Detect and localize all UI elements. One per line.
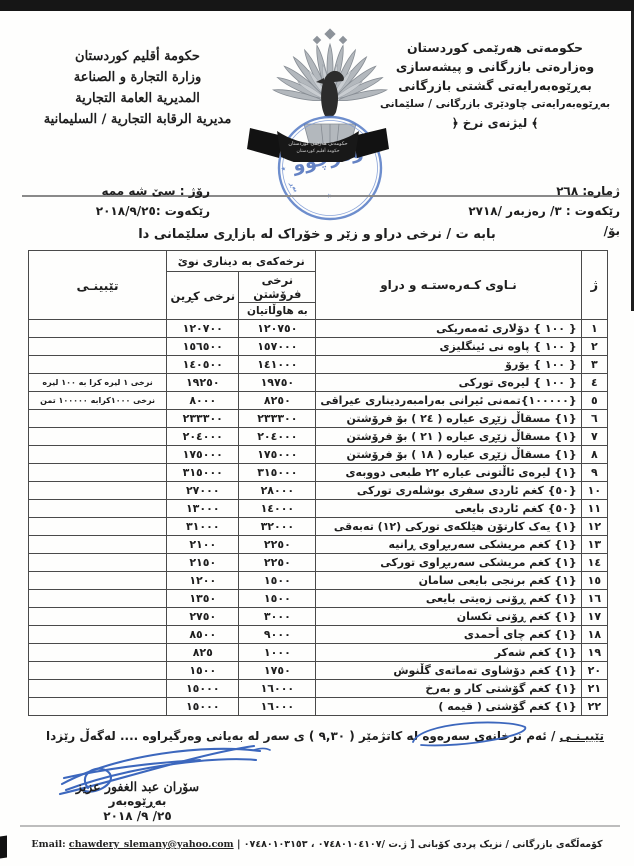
sell-price: ٢٣٣٣٠٠ bbox=[239, 410, 316, 428]
sell-price: ٢٨٠٠٠ bbox=[239, 482, 316, 500]
row-note bbox=[29, 518, 167, 536]
buy-price: ١٢٠٠ bbox=[167, 572, 239, 590]
item-name: {١} یەک كارتۆن هێلكەى توركى (١٢) تەبەقى bbox=[316, 518, 581, 536]
buy-price: ٣١٠٠٠ bbox=[167, 518, 239, 536]
buy-price: ١٢٠٧٠٠ bbox=[167, 320, 239, 338]
table-row: ١٨ {١} كغم چاى أحمدى ٩٠٠٠ ٨٥٠٠ bbox=[29, 626, 608, 644]
row-note bbox=[29, 338, 167, 356]
table-row: ٢٠ {١} كغم دۆشاوى تەماتەى گڵنوش ١٧٥٠ ١٥٠… bbox=[29, 662, 608, 680]
item-name: {١} كغم ڕۆنى تكسان bbox=[316, 608, 581, 626]
col-header-no: ژ bbox=[581, 251, 607, 320]
gregorian-date: رێكەوت :٢٠١٨/٩/٢٥ bbox=[30, 201, 210, 221]
row-number: ١ bbox=[581, 320, 607, 338]
table-row: ٢١ {١} كغم گۆشتى كار و بەرخ ١٦٠٠٠ ١٥٠٠٠ bbox=[29, 680, 608, 698]
table-row: ٦ {١} مسقاڵ زێڕى عیاره ( ٢٤ ) بۆ فرۆشتن … bbox=[29, 410, 608, 428]
header-arabic-line: وزارة التجارة و الصناعة bbox=[20, 67, 255, 88]
director-name: سۆران عبد الغفور عزیز bbox=[55, 779, 220, 794]
table-row: ١٩ {١} كغم شەكر ١٠٠٠ ٨٢٥ bbox=[29, 644, 608, 662]
sell-price: ١٠٠٠ bbox=[239, 644, 316, 662]
table-row: ٢ { ١٠٠ } پاوە نى ئینگلیزى ١٥٧٠٠٠ ١٥٦٥٠٠ bbox=[29, 338, 608, 356]
row-number: ٧ bbox=[581, 428, 607, 446]
row-note bbox=[29, 500, 167, 518]
row-note bbox=[29, 464, 167, 482]
row-number: ١٥ bbox=[581, 572, 607, 590]
sell-price: ١٤٠٠٠ bbox=[239, 500, 316, 518]
row-note bbox=[29, 320, 167, 338]
buy-price: ٢١٠٠ bbox=[167, 536, 239, 554]
row-note bbox=[29, 590, 167, 608]
row-note bbox=[29, 536, 167, 554]
director-title: بەڕێوەبەر bbox=[55, 794, 220, 809]
item-name: {١} كغم دۆشاوى تەماتەى گڵنوش bbox=[316, 662, 581, 680]
item-name: {١} كغم ڕۆنى زەیتى بایعى bbox=[316, 590, 581, 608]
sell-price: ٢٢٥٠ bbox=[239, 536, 316, 554]
row-note bbox=[29, 410, 167, 428]
table-row: ٥ {١٠٠٠٠٠}تمەنى ئیرانى بەرامبەردینارى عی… bbox=[29, 392, 608, 410]
footer-divider bbox=[20, 825, 620, 827]
buy-price: ٢٧٥٠ bbox=[167, 608, 239, 626]
col-header-sell-subtitle: به هاوڵاتیان bbox=[239, 303, 316, 320]
row-number: ٢ bbox=[581, 338, 607, 356]
row-number: ٢٠ bbox=[581, 662, 607, 680]
row-note: نرخى ١ لیره كرا به ١٠٠ لیره bbox=[29, 374, 167, 392]
row-note bbox=[29, 662, 167, 680]
row-note bbox=[29, 572, 167, 590]
row-number: ٢١ bbox=[581, 680, 607, 698]
price-table: ژ نـاوى كـەرەستـه و دراو نرخەكەى به دینا… bbox=[28, 250, 608, 716]
footer-phones: [ ژ.ت /٠٧٤٨٠١٠٤١٠٧ ، ٠٧٤٨٠١٠٣١٥٣ | bbox=[237, 839, 415, 850]
sell-price: ١٤١٠٠٠ bbox=[239, 356, 316, 374]
item-name: {١} كغم برنجى بایعى سامان bbox=[316, 572, 581, 590]
banner-text-line1: حكومەتى هەرێمى كوردستان bbox=[288, 141, 347, 147]
buy-price: ١٥٠٠٠ bbox=[167, 680, 239, 698]
signature-flourish bbox=[403, 716, 535, 750]
table-row: ١٢ {١} یەک كارتۆن هێلكەى توركى (١٢) تەبە… bbox=[29, 518, 608, 536]
row-number: ١٧ bbox=[581, 608, 607, 626]
sell-price: ١٧٥٠٠٠ bbox=[239, 446, 316, 464]
buy-price: ١٣٠٠٠ bbox=[167, 500, 239, 518]
footer-location: كۆمەڵگەى بازرگانى / نزیک پردى كۆبانى bbox=[418, 839, 603, 850]
sell-price: ١٦٠٠٠ bbox=[239, 680, 316, 698]
emblem-banner: حكومەتى هەرێمى كوردستان حكومة أقليم كورد… bbox=[247, 124, 389, 162]
item-name: {١} مسقاڵ زێڕى عیاره ( ٢٤ ) بۆ فرۆشتن bbox=[316, 410, 581, 428]
item-name: {٥٠} كغم ئاردى سفرى بوشلەرى توركى bbox=[316, 482, 581, 500]
row-note bbox=[29, 698, 167, 716]
table-row: ١٤ {١} كغم مریشكى سەربڕاوى توركى ٢٢٥٠ ٢١… bbox=[29, 554, 608, 572]
item-name: {١} مسقاڵ زێڕى عیاره ( ١٨ ) بۆ فرۆشتن bbox=[316, 446, 581, 464]
table-row: ٢٢ {١} كغم گۆشتى ( قیمه ) ١٦٠٠٠ ١٥٠٠٠ bbox=[29, 698, 608, 716]
scanned-price-list-document: حكومەتى هەرێمى كوردستان وەزارەتى بازرگان… bbox=[0, 0, 634, 866]
sell-price: ٣٢٠٠٠ bbox=[239, 518, 316, 536]
table-row: ٤ { ١٠٠ } لیرەى توركى ١٩٧٥٠ ١٩٢٥٠ نرخى ١… bbox=[29, 374, 608, 392]
table-row: ٩ {١} لیرەى ئاڵتونى عیاره ٢٢ طبعى دووبەى… bbox=[29, 464, 608, 482]
footer: كۆمەڵگەى بازرگانى / نزیک پردى كۆبانى [ ژ… bbox=[0, 839, 634, 850]
item-name: {٥٠} كغم ئاردى بایعى bbox=[316, 500, 581, 518]
row-number: ٦ bbox=[581, 410, 607, 428]
scan-top-edge bbox=[0, 0, 634, 11]
row-number: ١٠ bbox=[581, 482, 607, 500]
table-row: ٧ {١} مسقاڵ زێڕى عیاره ( ٢١ ) بۆ فرۆشتن … bbox=[29, 428, 608, 446]
sell-price: ٨٢٥٠ bbox=[239, 392, 316, 410]
row-note bbox=[29, 356, 167, 374]
buy-price: ٢٠٤٠٠٠ bbox=[167, 428, 239, 446]
row-note bbox=[29, 680, 167, 698]
row-number: ٢٢ bbox=[581, 698, 607, 716]
sell-price: ٢٢٥٠ bbox=[239, 554, 316, 572]
page-title: بابه ت / نرخى دراو و زێر و خۆراک له بازا… bbox=[0, 227, 634, 242]
item-name: { ١٠٠ } یۆرۆ bbox=[316, 356, 581, 374]
table-row: ١٦ {١} كغم ڕۆنى زەیتى بایعى ١٥٠٠ ١٣٥٠ bbox=[29, 590, 608, 608]
email-label: Email: bbox=[31, 839, 65, 850]
row-note bbox=[29, 482, 167, 500]
price-table-container: ژ نـاوى كـەرەستـه و دراو نرخەكەى به دینا… bbox=[28, 250, 608, 716]
email-link[interactable]: chawdery_slemany@yahoo.com bbox=[69, 839, 234, 850]
document-number: ژماره: ٢٦٨ bbox=[380, 181, 620, 201]
item-name: {١٠٠٠٠٠}تمەنى ئیرانى بەرامبەردینارى عیرا… bbox=[316, 392, 581, 410]
buy-price: ١٥٠٠٠ bbox=[167, 698, 239, 716]
signature-date: ٢٥/ ٩/ ٢٠١٨ bbox=[55, 809, 220, 824]
item-name: {١} كغم مریشكى سەربڕاوى توركى bbox=[316, 554, 581, 572]
sell-price: ١٥٠٠ bbox=[239, 590, 316, 608]
buy-price: ١٩٢٥٠ bbox=[167, 374, 239, 392]
kurdish-date: رێكەوت : ٣/ رەزبەر /٢٧١٨ bbox=[380, 201, 620, 221]
buy-price: ٢٧٠٠٠ bbox=[167, 482, 239, 500]
row-note bbox=[29, 446, 167, 464]
banner-ribbon-icon: حكومەتى هەرێمى كوردستان حكومة أقليم كورد… bbox=[247, 124, 389, 162]
header-arabic-line: حكومة أقليم كوردستان bbox=[20, 46, 255, 67]
row-number: ١٨ bbox=[581, 626, 607, 644]
banner-text-line2: حكومة أقليم كوردستان bbox=[297, 147, 340, 154]
buy-price: ٢١٥٠ bbox=[167, 554, 239, 572]
price-table-body: ١ { ١٠٠ } دۆلارى ئەمەریكى ١٢٠٧٥٠ ١٢٠٧٠٠ … bbox=[29, 320, 608, 716]
sell-price: ١٥٧٠٠٠ bbox=[239, 338, 316, 356]
item-name: {١} كغم مریشكى سەربڕاوى ڕانیه bbox=[316, 536, 581, 554]
sell-price: ١٦٠٠٠ bbox=[239, 698, 316, 716]
item-name: {١} كغم چاى أحمدى bbox=[316, 626, 581, 644]
row-number: ٣ bbox=[581, 356, 607, 374]
row-number: ١٤ bbox=[581, 554, 607, 572]
reference-block-left: رۆژ : سێ شه ممه رێكەوت :٢٠١٨/٩/٢٥ bbox=[30, 181, 210, 221]
row-number: ٨ bbox=[581, 446, 607, 464]
row-note: نرخى ١٠٠٠كرابه ١٠٠٠٠٠ تمن bbox=[29, 392, 167, 410]
row-number: ٤ bbox=[581, 374, 607, 392]
item-name: {١} لیرەى ئاڵتونى عیاره ٢٢ طبعى دووبەى bbox=[316, 464, 581, 482]
table-row: ١٥ {١} كغم برنجى بایعى سامان ١٥٠٠ ١٢٠٠ bbox=[29, 572, 608, 590]
col-header-price-group: نرخەكەى به دینارى نوێ bbox=[167, 251, 316, 272]
item-name: { ١٠٠ } پاوە نى ئینگلیزى bbox=[316, 338, 581, 356]
buy-price: ٨٢٥ bbox=[167, 644, 239, 662]
table-row: ١١ {٥٠} كغم ئاردى بایعى ١٤٠٠٠ ١٣٠٠٠ bbox=[29, 500, 608, 518]
flourish-icon bbox=[403, 716, 535, 750]
col-header-sell-price: نرخى فرۆشتن bbox=[239, 272, 316, 303]
buy-price: ٨٠٠٠ bbox=[167, 392, 239, 410]
row-number: ٥ bbox=[581, 392, 607, 410]
header-arabic-line: المديرية العامة التجارية bbox=[20, 88, 255, 109]
row-number: ١٢ bbox=[581, 518, 607, 536]
item-name: {١} كغم شەكر bbox=[316, 644, 581, 662]
signature-block: سۆران عبد الغفور عزیز بەڕێوەبەر ٢٥/ ٩/ ٢… bbox=[55, 779, 220, 824]
table-row: ١٣ {١} كغم مریشكى سەربڕاوى ڕانیه ٢٢٥٠ ٢١… bbox=[29, 536, 608, 554]
row-note bbox=[29, 428, 167, 446]
sell-price: ١٥٠٠ bbox=[239, 572, 316, 590]
row-number: ١١ bbox=[581, 500, 607, 518]
buy-price: ١٥٠٠ bbox=[167, 662, 239, 680]
col-header-buy-price: نرخى كڕین bbox=[167, 272, 239, 320]
table-row: ١٠ {٥٠} كغم ئاردى سفرى بوشلەرى توركى ٢٨٠… bbox=[29, 482, 608, 500]
item-name: {١} مسقاڵ زێڕى عیاره ( ٢١ ) بۆ فرۆشتن bbox=[316, 428, 581, 446]
footnote-label: تێبیـنـى bbox=[560, 729, 604, 743]
item-name: {١} كغم گۆشتى كار و بەرخ bbox=[316, 680, 581, 698]
weekday: رۆژ : سێ شه ممه bbox=[30, 181, 210, 201]
row-note bbox=[29, 626, 167, 644]
row-number: ١٦ bbox=[581, 590, 607, 608]
item-name: {١} كغم گۆشتى ( قیمه ) bbox=[316, 698, 581, 716]
table-row: ١ { ١٠٠ } دۆلارى ئەمەریكى ١٢٠٧٥٠ ١٢٠٧٠٠ bbox=[29, 320, 608, 338]
col-header-name: نـاوى كـەرەستـه و دراو bbox=[316, 251, 581, 320]
table-row: ٨ {١} مسقاڵ زێڕى عیاره ( ١٨ ) بۆ فرۆشتن … bbox=[29, 446, 608, 464]
sell-price: ١٢٠٧٥٠ bbox=[239, 320, 316, 338]
row-note bbox=[29, 644, 167, 662]
sell-price: ١٧٥٠ bbox=[239, 662, 316, 680]
buy-price: ٣١٥٠٠٠ bbox=[167, 464, 239, 482]
item-name: { ١٠٠ } دۆلارى ئەمەریكى bbox=[316, 320, 581, 338]
item-name: { ١٠٠ } لیرەى توركى bbox=[316, 374, 581, 392]
stamp-star-left: ٭ bbox=[280, 163, 288, 175]
buy-price: ١٥٦٥٠٠ bbox=[167, 338, 239, 356]
sell-price: ١٩٧٥٠ bbox=[239, 374, 316, 392]
col-header-note: تێبینـى bbox=[29, 251, 167, 320]
buy-price: ١٧٥٠٠٠ bbox=[167, 446, 239, 464]
row-number: ١٣ bbox=[581, 536, 607, 554]
sell-price: ٣٠٠٠ bbox=[239, 608, 316, 626]
table-row: ١٧ {١} كغم ڕۆنى تكسان ٣٠٠٠ ٢٧٥٠ bbox=[29, 608, 608, 626]
buy-price: ٨٥٠٠ bbox=[167, 626, 239, 644]
table-row: ٣ { ١٠٠ } یۆرۆ ١٤١٠٠٠ ١٤٠٥٠٠ bbox=[29, 356, 608, 374]
row-number: ١٩ bbox=[581, 644, 607, 662]
header-arabic-block: حكومة أقليم كوردستان وزارة التجارة و الص… bbox=[20, 46, 255, 130]
buy-price: ١٤٠٥٠٠ bbox=[167, 356, 239, 374]
sell-price: ٢٠٤٠٠٠ bbox=[239, 428, 316, 446]
row-note bbox=[29, 608, 167, 626]
footer-email-wrap: Email: chawdery_slemany@yahoo.com bbox=[31, 839, 233, 850]
buy-price: ٢٣٣٣٠٠ bbox=[167, 410, 239, 428]
header-arabic-line: مديرية الرقابة التجارية / السليمانية bbox=[20, 109, 255, 130]
sell-price: ٩٠٠٠ bbox=[239, 626, 316, 644]
buy-price: ١٣٥٠ bbox=[167, 590, 239, 608]
row-number: ٩ bbox=[581, 464, 607, 482]
sell-price: ٣١٥٠٠٠ bbox=[239, 464, 316, 482]
row-note bbox=[29, 554, 167, 572]
